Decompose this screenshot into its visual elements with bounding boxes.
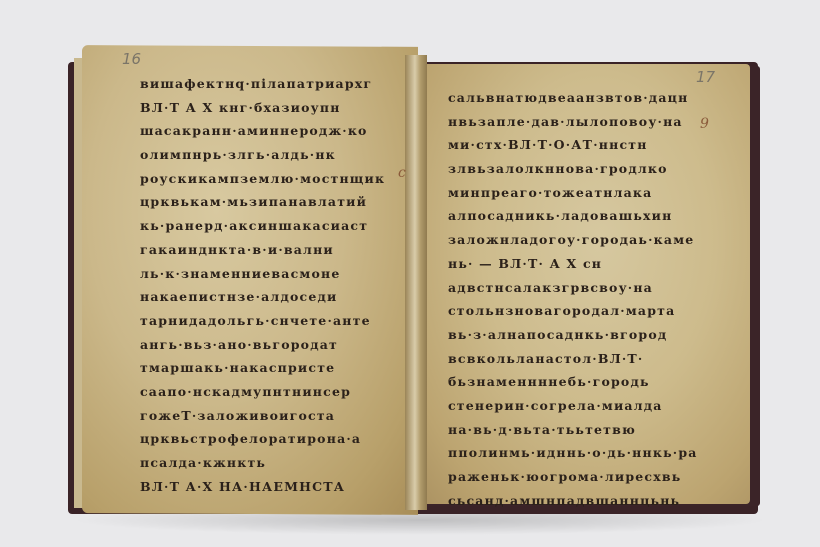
text-line: адвстнсалакзгрвсвоу·на [448, 276, 698, 300]
text-line: на·вь·д·вьта·тььтетвю [448, 418, 698, 442]
text-line: кь·ранерд·аксиншакасиаст [140, 214, 385, 238]
text-line: вишафектнq·пiлапатриархг [140, 72, 385, 96]
text-line: всвкольланастол·ВЛ·Т· [448, 347, 698, 371]
text-line: олимпнрь·злгь·алдь·нк [140, 143, 385, 167]
text-line: гожеТ·заложивоигоста [140, 404, 385, 428]
book-gutter [405, 55, 427, 510]
right-margin-mark: 9 [700, 116, 709, 132]
text-line: злвьзалолкннова·гродлко [448, 157, 698, 181]
left-page-text: вишафектнq·пiлапатриархг ВЛ·Т А Х кнг·бх… [140, 72, 385, 498]
text-line: ВЛ·Т А Х кнг·бхазиоупн [140, 96, 385, 120]
text-line: шасакранн·аминнеродж·ко [140, 119, 385, 143]
text-line: минпреаго·тожеатнлака [448, 181, 698, 205]
left-margin-mark: с [398, 165, 406, 181]
text-line: роускикампземлю·мостнщик [140, 167, 385, 191]
text-line: ангь·вьз·ано·вьгородат [140, 333, 385, 357]
text-line: сьсанд·амшнпадвшаннцьнь [448, 489, 698, 513]
text-line: вь·з·алнапосаднкь·вгород [448, 323, 698, 347]
text-line: црквькам·мьзипанавлатий [140, 190, 385, 214]
text-line: накаепистнзе·алдоседи [140, 285, 385, 309]
text-line: ль·к·знаменниевасмоне [140, 262, 385, 286]
text-line: тарнидадольгь·снчете·анте [140, 309, 385, 333]
text-line: сальвнатюдвеаанзвтов·дацн [448, 86, 698, 110]
left-folio-number: 16 [122, 50, 141, 68]
text-line: нвьзапле·дав·лылоповоу·на [448, 110, 698, 134]
text-line: ВЛ·Т А·Х НА·НАЕМНСТА [140, 475, 385, 499]
text-line: црквьстрофелоратирона·а [140, 427, 385, 451]
text-line: стенерин·согрела·миалда [448, 394, 698, 418]
text-line: нь· — ВЛ·Т· А Х сн [448, 252, 698, 276]
right-page-text: сальвнатюдвеаанзвтов·дацн нвьзапле·дав·л… [448, 86, 698, 512]
text-line: саапо·нскадмупнтнинсер [140, 380, 385, 404]
text-line: раженьк·юогрома·лиресхвь [448, 465, 698, 489]
text-line: заложнладогоу·городаь·каме [448, 228, 698, 252]
text-line: ми·стх·ВЛ·Т·О·АТ·ннстн [448, 133, 698, 157]
text-line: гакаинднкта·в·и·вални [140, 238, 385, 262]
text-line: стольнзновагородал·марта [448, 299, 698, 323]
text-line: псалда·кжнкть [140, 451, 385, 475]
right-folio-number: 17 [696, 68, 715, 86]
text-line: пполинмь·идннь·о·дь·ннкь·ра [448, 441, 698, 465]
text-line: бьзнаменнннебь·городь [448, 370, 698, 394]
text-line: алпосадникь·ладовашьхин [448, 204, 698, 228]
text-line: тмаршакь·накаспристе [140, 356, 385, 380]
